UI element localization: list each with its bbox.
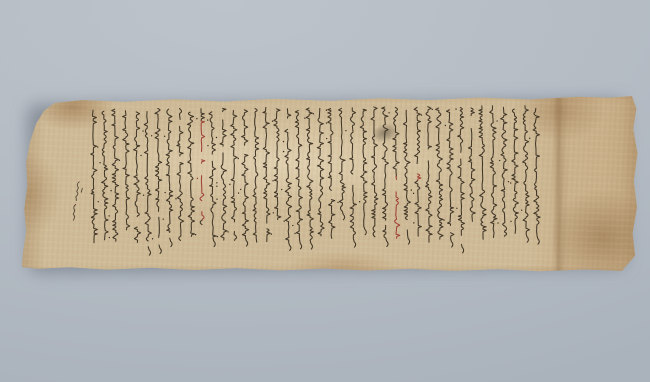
script-column: [252, 109, 259, 243]
manuscript-text-columns: [90, 103, 561, 257]
script-column: [326, 109, 335, 239]
script-column: [520, 106, 531, 243]
script-column: [358, 109, 367, 235]
script-column: [155, 108, 164, 253]
script-column: [412, 107, 423, 236]
script-column: [123, 111, 130, 230]
script-column: [371, 107, 378, 237]
script-column: [110, 109, 121, 241]
script-column: [229, 110, 240, 240]
script-column: [187, 112, 196, 236]
script-column: [403, 110, 412, 244]
script-column: [445, 110, 454, 247]
script-column: [304, 108, 315, 249]
script-column: [468, 108, 475, 221]
script-column: [272, 109, 283, 220]
manuscript-paper: [20, 92, 640, 278]
script-column: [90, 110, 99, 243]
script-column: [533, 108, 540, 244]
script-column: [499, 107, 510, 236]
script-column: [142, 111, 153, 255]
script-column: [220, 108, 229, 240]
script-column: [175, 108, 184, 240]
script-column: [293, 110, 302, 248]
marginal-note: [65, 179, 94, 228]
script-column: [263, 108, 272, 242]
script-column: [490, 106, 499, 238]
script-column: [393, 107, 400, 238]
script-column: [283, 109, 294, 251]
photo-canvas: [0, 0, 650, 382]
script-column: [425, 107, 434, 243]
script-column: [455, 108, 464, 253]
script-column: [337, 108, 348, 220]
script-column: [382, 107, 391, 247]
script-column: [349, 108, 356, 247]
marginal-note-glyphs: [72, 182, 84, 221]
script-column: [317, 108, 324, 236]
script-column: [99, 111, 110, 240]
script-column: [164, 109, 173, 247]
script-column: [239, 110, 248, 246]
script-column: [207, 112, 218, 247]
script-column: [196, 109, 205, 225]
script-column: [133, 112, 142, 243]
script-column: [509, 109, 518, 233]
script-column: [479, 106, 486, 239]
script-column: [436, 108, 445, 239]
